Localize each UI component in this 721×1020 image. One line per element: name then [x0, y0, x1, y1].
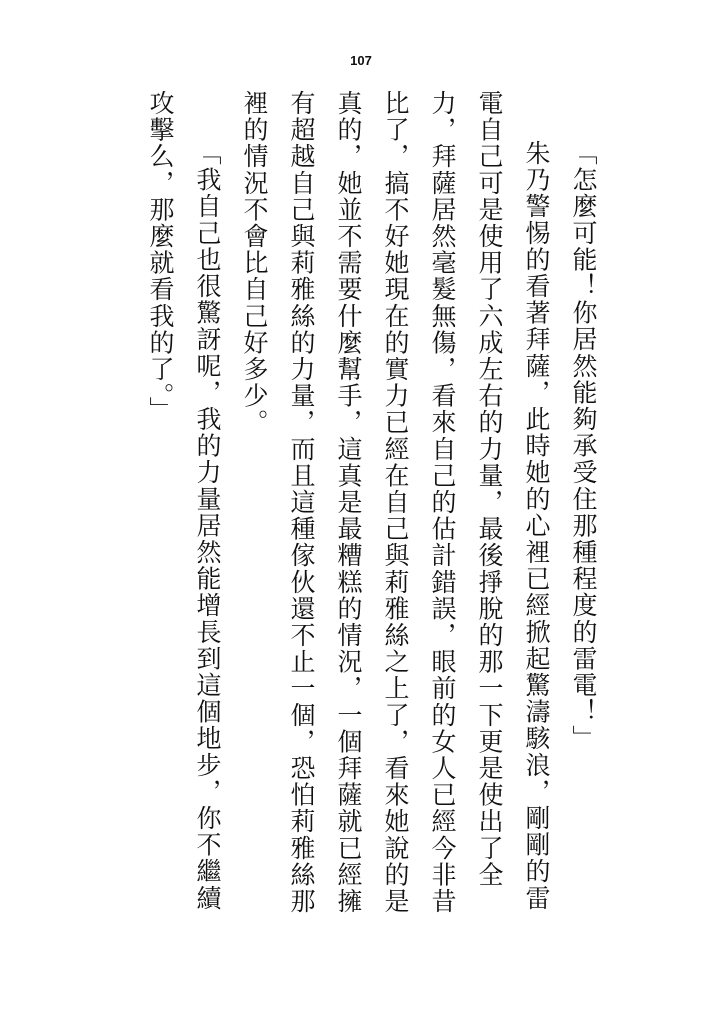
paragraph-dialogue-2: 「我自己也很驚訝呢，我的力量居然能增長到這個地步，你不繼續攻擊么，那麼就看我的了… — [137, 90, 231, 935]
vertical-text-body: 「怎麼可能！你居然能夠承受住那種程度的雷電！」 朱乃警惕的看著拜薩，此時她的心裡… — [132, 90, 607, 935]
paragraph-dialogue-1: 「怎麼可能！你居然能夠承受住那種程度的雷電！」 — [560, 90, 607, 935]
book-page: 107 「怎麼可能！你居然能夠承受住那種程度的雷電！」 朱乃警惕的看著拜薩，此時… — [0, 0, 721, 1020]
paragraph-narration: 朱乃警惕的看著拜薩，此時她的心裡已經掀起驚濤駭浪，剛剛的雷電自己可是使用了六成左… — [231, 90, 560, 935]
page-number: 107 — [340, 53, 382, 68]
